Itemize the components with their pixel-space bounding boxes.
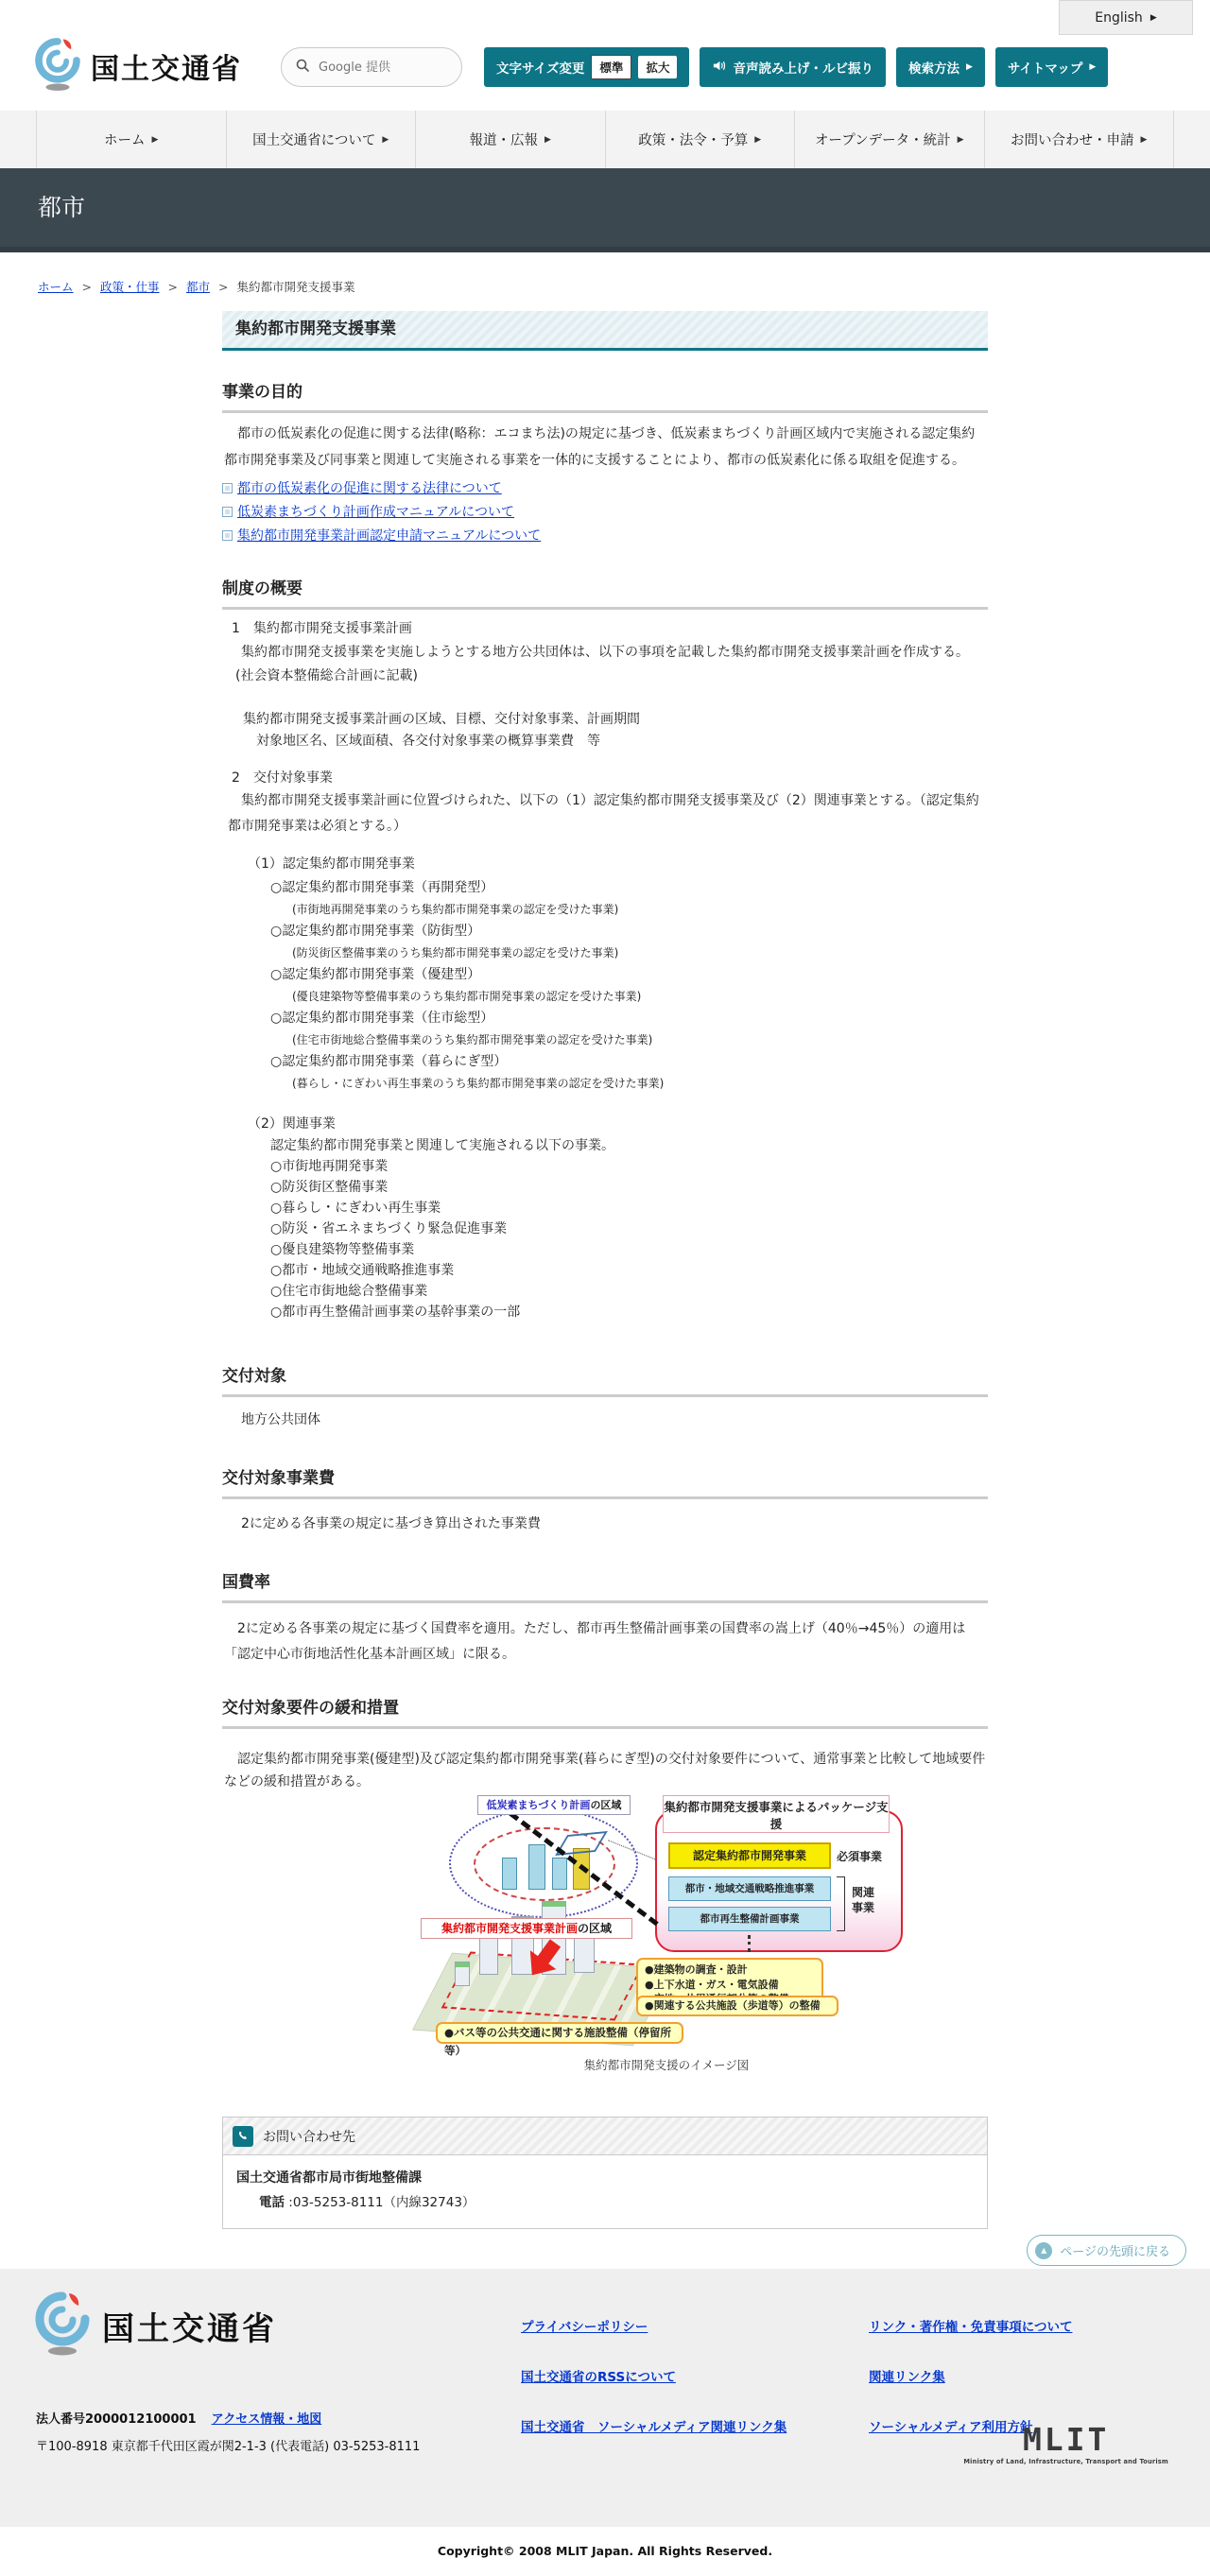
global-nav: ホーム▶ 国土交通省について▶ 報道・広報▶ 政策・法令・予算▶ オープンデータ… — [0, 111, 1210, 168]
overview-item1-note: (社会資本整備総合計画に記載) — [222, 665, 988, 688]
nav-label: オープンデータ・統計 — [815, 130, 951, 149]
callout-public-facility: ●関連する公共施設（歩道等）の整備 — [636, 1996, 838, 2016]
back-to-top-button[interactable]: ▲ ページの先頭に戻る — [1027, 2235, 1186, 2266]
english-button[interactable]: English ▶ — [1059, 0, 1193, 35]
contact-department: 国土交通省都市局市街地整備課 — [236, 2168, 974, 2188]
access-info-link[interactable]: アクセス情報・地図 — [212, 2412, 322, 2427]
section-cost: 交付対象事業費 2に定める各事業の規定に基づき算出された事業費 — [222, 1468, 988, 1534]
section-heading: 交付対象要件の緩和措置 — [222, 1698, 988, 1729]
section-heading: 国費率 — [222, 1572, 988, 1603]
contact-box: お問い合わせ先 国土交通省都市局市街地整備課 電話 :03-5253-8111（… — [222, 2117, 988, 2229]
list-item: ○暮らし・にぎわい再生事業 — [222, 1198, 988, 1219]
list2-intro: 認定集約都市開発事業と関連して実施される以下の事業。 — [222, 1136, 988, 1156]
breadcrumb-policy[interactable]: 政策・仕事 — [100, 280, 160, 294]
related-links-link[interactable]: 関連リンク集 — [869, 2370, 945, 2385]
diagram-caption: 集約都市開発支援のイメージ図 — [421, 2056, 912, 2075]
section-heading: 交付対象事業費 — [222, 1468, 988, 1499]
callout-line: ●上下水道・ガス・電気設備 — [645, 1978, 815, 1993]
section-relax: 交付対象要件の緩和措置 認定集約都市開発事業(優建型)及び認定集約都市開発事業(… — [222, 1698, 988, 1793]
audio-reading-label: 音声読み上げ・ルビ振り — [733, 58, 873, 77]
nav-item-opendata[interactable]: オープンデータ・統計▶ — [794, 111, 984, 168]
building-shape — [502, 1858, 517, 1890]
mlit-mark-icon — [34, 2290, 91, 2361]
social-media-links-link[interactable]: 国土交通省 ソーシャルメディア関連リンク集 — [521, 2420, 786, 2435]
nav-label: お問い合わせ・申請 — [1011, 130, 1134, 149]
mlit-word: MLIT — [963, 2424, 1168, 2455]
support-scheme-diagram: 低炭素まちづくり計画の区域 集約都市開発支援事業計画の区域 集約都市開発支援事業… — [421, 1795, 912, 2050]
purpose-links: 都市の低炭素化の促進に関する法律について 低炭素まちづくり計画作成マニュアルにつ… — [222, 477, 988, 548]
overview-item1-title: 1 集約都市開発支援事業計画 — [222, 619, 988, 639]
list-item: ○認定集約都市開発事業（防街型） — [222, 921, 988, 942]
overview-item1-body: 集約都市開発支援事業を実施しようとする地方公共団体は、以下の事項を記載した集約都… — [222, 641, 988, 665]
section-target: 交付対象 地方公共団体 — [222, 1366, 988, 1430]
list-item-note: (住宅市街地総合整備事業のうち集約都市開発事業の認定を受けた事業) — [222, 1031, 988, 1048]
required-project-box: 認定集約都市開発事業 — [668, 1842, 831, 1869]
mlit-wordmark: MLIT Ministry of Land, Infrastructure, T… — [963, 2424, 1168, 2465]
breadcrumb-home[interactable]: ホーム — [38, 280, 74, 294]
footer-address: 〒100-8918 東京都千代田区霞が関2-1-3 (代表電話) 03-5253… — [36, 2436, 420, 2454]
list-item: ○認定集約都市開発事業（再開発型） — [222, 877, 988, 898]
list-item: ○防災・省エネまちづくり緊急促進事業 — [222, 1219, 988, 1239]
font-size-label: 文字サイズ変更 — [496, 58, 584, 77]
relax-body: 認定集約都市開発事業(優建型)及び認定集約都市開発事業(暮らにぎ型)の交付対象要… — [222, 1748, 988, 1793]
copyright-disclaimer-link[interactable]: リンク・著作権・免責事項について — [869, 2320, 1072, 2335]
nav-item-press[interactable]: 報道・広報▶ — [415, 111, 605, 168]
label-suffix: の区域 — [578, 1922, 612, 1935]
search-method-label: 検索方法 — [908, 58, 959, 77]
nav-item-policy[interactable]: 政策・法令・予算▶ — [605, 111, 795, 168]
contact-phone: 電話 :03-5253-8111（内線32743） — [236, 2192, 974, 2213]
tower-shape — [455, 1962, 470, 1986]
mlit-mark-icon — [34, 36, 81, 96]
link-label: 低炭素まちづくり計画作成マニュアルについて — [237, 505, 514, 520]
list-item: ○防災街区整備事業 — [222, 1177, 988, 1198]
corp-number-text: 法人番号2000012100001 — [36, 2412, 197, 2427]
section-purpose: 事業の目的 都市の低炭素化の促進に関する法律(略称：エコまち法)の規定に基づき、… — [222, 382, 988, 548]
rss-link[interactable]: 国土交通省のRSSについて — [521, 2370, 676, 2385]
breadcrumb-separator: > — [218, 280, 228, 294]
cost-body: 2に定める各事業の規定に基づき算出された事業費 — [222, 1513, 988, 1534]
overview-item2-body: 集約都市開発支援事業計画に位置づけられた、以下の（1）認定集約都市開発支援事業及… — [222, 788, 988, 839]
link-plan-manual[interactable]: 低炭素まちづくり計画作成マニュアルについて — [222, 501, 988, 525]
package-title: 集約都市開発支援事業によるパッケージ支援 — [663, 1795, 890, 1833]
phone-label: 電話 — [259, 2195, 285, 2210]
link-label: 集約都市開発事業計画認定申請マニュアルについて — [237, 528, 541, 544]
english-label: English — [1095, 10, 1143, 26]
sitemap-button[interactable]: サイトマップ ▶ — [995, 47, 1108, 87]
list1-title: （1）認定集約都市開発事業 — [222, 855, 988, 874]
mlit-tagline: Ministry of Land, Infrastructure, Transp… — [963, 2458, 1168, 2465]
nav-item-home[interactable]: ホーム▶ — [37, 111, 226, 168]
label-main: 低炭素まちづくり計画 — [487, 1799, 591, 1811]
list-item-note: (暮らし・にぎわい再生事業のうち集約都市開発事業の認定を受けた事業) — [222, 1075, 988, 1092]
related-tag: 関連事業 — [852, 1886, 876, 1915]
font-size-button[interactable]: 文字サイズ変更 標準 拡大 — [484, 47, 689, 87]
external-link-icon — [222, 530, 233, 541]
list-item-note: (防災街区整備事業のうち集約都市開発事業の認定を受けた事業) — [222, 944, 988, 961]
list-item: ○都市・地域交通戦略推進事業 — [222, 1260, 988, 1281]
font-size-standard-chip[interactable]: 標準 — [591, 55, 631, 79]
list-item-note: (市街地再開発事業のうち集約都市開発事業の認定を受けた事業) — [222, 901, 988, 918]
building-shape — [552, 1858, 567, 1890]
site-logo[interactable]: 国土交通省 — [34, 36, 242, 96]
site-footer: 国土交通省 法人番号2000012100001アクセス情報・地図 〒100-89… — [0, 2269, 1210, 2527]
building-shape — [528, 1844, 545, 1890]
corporate-number: 法人番号2000012100001アクセス情報・地図 — [36, 2409, 321, 2427]
page-title: 集約都市開発支援事業 — [222, 311, 988, 351]
list-item-note: (優良建築物等整備事業のうち集約都市開発事業の認定を受けた事業) — [222, 988, 988, 1005]
footer-logo-text: 国土交通省 — [102, 2303, 277, 2349]
chevron-right-icon: ▶ — [1089, 62, 1096, 72]
sitemap-label: サイトマップ — [1008, 58, 1083, 77]
footer-logo[interactable]: 国土交通省 — [34, 2290, 277, 2361]
contact-header: お問い合わせ先 — [223, 2118, 987, 2155]
purpose-body: 都市の低炭素化の促進に関する法律(略称：エコまち法)の規定に基づき、低炭素まちづ… — [222, 421, 988, 474]
nav-label: ホーム — [104, 130, 146, 149]
contact-header-label: お問い合わせ先 — [263, 2127, 355, 2146]
breadcrumb: ホーム>政策・仕事>都市>集約都市開発支援事業 — [0, 252, 1210, 295]
nav-item-about[interactable]: 国土交通省について▶ — [226, 111, 416, 168]
footer-links-col1: プライバシーポリシー 国土交通省のRSSについて 国土交通省 ソーシャルメディア… — [521, 2316, 786, 2466]
audio-reading-button[interactable]: 音声読み上げ・ルビ振り — [700, 47, 886, 87]
section-heading: 交付対象 — [222, 1366, 988, 1397]
list-item: ○認定集約都市開発事業（優建型） — [222, 964, 988, 985]
breadcrumb-city[interactable]: 都市 — [186, 280, 210, 294]
nav-item-inquiry[interactable]: お問い合わせ・申請▶ — [984, 111, 1174, 168]
phone-icon — [233, 2126, 253, 2147]
list-item: ○都市再生整備計画事業の基幹事業の一部 — [222, 1302, 988, 1323]
callout-bus: ●バス等の公共交通に関する施設整備（停留所等） — [436, 2022, 683, 2044]
overview-item2-title: 2 交付対象事業 — [222, 769, 988, 788]
chevron-right-icon: ▶ — [1141, 135, 1148, 145]
section-heading: 事業の目的 — [222, 382, 988, 413]
required-tag: 必須事業 — [837, 1848, 882, 1864]
list-item: ○優良建築物等整備事業 — [222, 1239, 988, 1260]
search-input[interactable] — [319, 61, 441, 75]
speaker-icon — [712, 59, 726, 77]
section-heading: 制度の概要 — [222, 579, 988, 610]
header-buttons: 文字サイズ変更 標準 拡大 音声読み上げ・ルビ振り 検索方法 ▶ サイトマップ … — [484, 47, 1108, 87]
tower-shape — [479, 1933, 498, 1975]
chevron-right-icon: ▶ — [1150, 13, 1157, 23]
related-project-box-2: 都市再生整備計画事業 — [668, 1907, 831, 1931]
back-to-top-label: ページの先頭に戻る — [1060, 2241, 1170, 2259]
category-banner: 都市 — [0, 168, 1210, 252]
label-suffix: の区域 — [590, 1799, 621, 1811]
section-overview: 制度の概要 1 集約都市開発支援事業計画 集約都市開発支援事業を実施しようとする… — [222, 579, 988, 1323]
chevron-right-icon: ▶ — [382, 135, 389, 145]
continuation-dots — [748, 1935, 751, 1952]
main-area: ホーム>政策・仕事>都市>集約都市開発支援事業 集約都市開発支援事業 事業の目的… — [0, 252, 1210, 2269]
external-link-icon — [222, 483, 233, 493]
list-item: ○認定集約都市開発事業（住市総型） — [222, 1008, 988, 1029]
site-search[interactable] — [281, 47, 462, 87]
arrow-up-circle-icon: ▲ — [1035, 2242, 1052, 2259]
link-label: 都市の低炭素化の促進に関する法律について — [237, 481, 502, 496]
breadcrumb-separator: > — [168, 280, 178, 294]
related-project-box-1: 都市・地域交通戦略推進事業 — [668, 1876, 831, 1901]
label-main: 集約都市開発支援事業計画 — [441, 1922, 578, 1935]
breadcrumb-separator: > — [82, 280, 92, 294]
breadcrumb-current: 集約都市開発支援事業 — [237, 280, 355, 294]
privacy-policy-link[interactable]: プライバシーポリシー — [521, 2320, 648, 2335]
link-eco-law[interactable]: 都市の低炭素化の促進に関する法律について — [222, 477, 988, 501]
chevron-right-icon: ▶ — [544, 135, 551, 145]
phone-value: :03-5253-8111（内線32743） — [285, 2195, 475, 2210]
site-logo-text: 国土交通省 — [91, 45, 242, 87]
category-title: 都市 — [0, 168, 1210, 248]
chevron-right-icon: ▶ — [958, 135, 964, 145]
site-header: English ▶ 国土交通省 文字サイズ変更 標準 拡大 — [0, 0, 1210, 111]
chevron-right-icon: ▶ — [152, 135, 159, 145]
link-apply-manual[interactable]: 集約都市開発事業計画認定申請マニュアルについて — [222, 525, 988, 548]
target-body: 地方公共団体 — [222, 1409, 988, 1430]
rate-body: 2に定める各事業の規定に基づく国費率を適用。ただし、都市再生整備計画事業の国費率… — [222, 1616, 988, 1668]
chevron-right-icon: ▶ — [966, 62, 973, 72]
copyright-bar: Copyright© 2008 MLIT Japan. All Rights R… — [0, 2527, 1210, 2576]
font-size-large-chip[interactable]: 拡大 — [638, 56, 677, 78]
plan-area-label: 集約都市開発支援事業計画の区域 — [421, 1918, 632, 1939]
search-method-button[interactable]: 検索方法 ▶ — [896, 47, 985, 87]
callout-line: ●建築物の調査・設計 — [645, 1962, 815, 1978]
search-icon — [295, 58, 310, 77]
chevron-right-icon: ▶ — [754, 135, 761, 145]
contact-body: 国土交通省都市局市街地整備課 電話 :03-5253-8111（内線32743） — [223, 2155, 987, 2228]
list2-title: （2）関連事業 — [222, 1115, 988, 1134]
overview-item1-line2: 対象地区名、区域面積、各交付対象事業の概算事業費 等 — [222, 731, 988, 752]
nav-label: 政策・法令・予算 — [638, 130, 748, 149]
nav-label: 報道・広報 — [470, 130, 539, 149]
overview-item1-line1: 集約都市開発支援事業計画の区域、目標、交付対象事業、計画期間 — [222, 709, 988, 731]
list-item: ○住宅市街地総合整備事業 — [222, 1281, 988, 1302]
nav-label: 国土交通省について — [252, 130, 375, 149]
lowcarbon-area-label: 低炭素まちづくり計画の区域 — [477, 1795, 631, 1815]
related-bracket — [837, 1876, 845, 1931]
list-item: ○市街地再開発事業 — [222, 1156, 988, 1177]
list-item: ○認定集約都市開発事業（暮らにぎ型） — [222, 1051, 988, 1072]
section-rate: 国費率 2に定める各事業の規定に基づく国費率を適用。ただし、都市再生整備計画事業… — [222, 1572, 988, 1668]
external-link-icon — [222, 507, 233, 517]
